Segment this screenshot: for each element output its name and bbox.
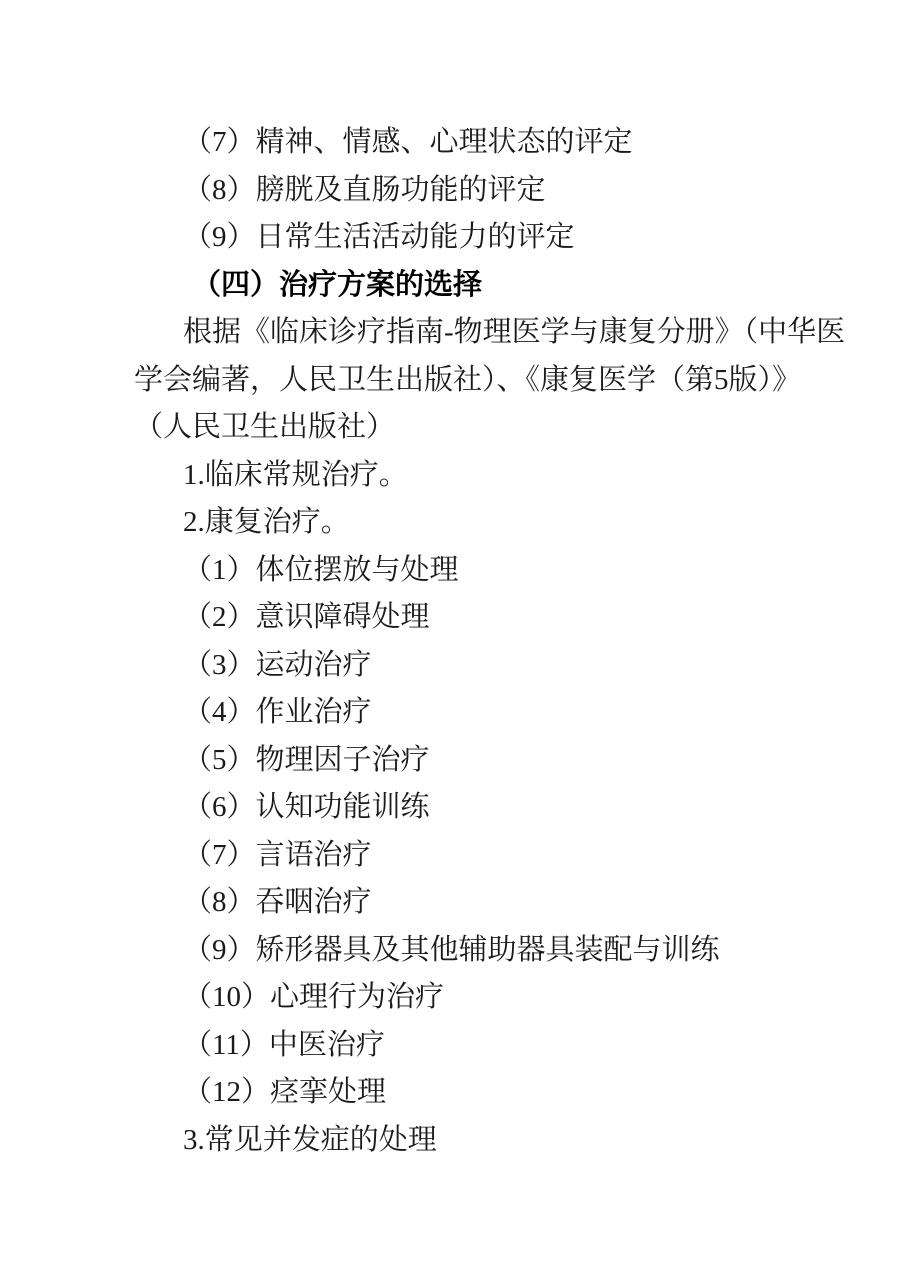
doc-line: （11）中医治疗 [134, 1022, 905, 1070]
doc-line: （8）吞咽治疗 [134, 879, 905, 927]
doc-line: 2.康复治疗。 [134, 499, 905, 547]
doc-line: （2）意识障碍处理 [134, 594, 905, 642]
doc-line: （8）膀胱及直肠功能的评定 [134, 167, 905, 215]
document-content: （7）精神、情感、心理状态的评定 （8）膀胱及直肠功能的评定 （9）日常生活活动… [134, 119, 905, 1164]
doc-line: （4）作业治疗 [134, 689, 905, 737]
document-page: （7）精神、情感、心理状态的评定 （8）膀胱及直肠功能的评定 （9）日常生活活动… [0, 0, 905, 1280]
doc-line: （7）言语治疗 [134, 832, 905, 880]
section-heading: （四）治疗方案的选择 [134, 262, 905, 310]
doc-line: （7）精神、情感、心理状态的评定 [134, 119, 905, 167]
doc-line: （3）运动治疗 [134, 642, 905, 690]
doc-line: 学会编著，人民卫生出版社）、《康复医学（第5版）》 [134, 357, 905, 405]
doc-line: （12）痉挛处理 [134, 1069, 905, 1117]
doc-line: （5）物理因子治疗 [134, 737, 905, 785]
doc-line: （9）日常生活活动能力的评定 [134, 214, 905, 262]
doc-line: 根据《临床诊疗指南-物理医学与康复分册》（中华医 [134, 309, 905, 357]
doc-line: （人民卫生出版社） [134, 404, 905, 452]
doc-line: （9）矫形器具及其他辅助器具装配与训练 [134, 927, 905, 975]
doc-line: （10）心理行为治疗 [134, 974, 905, 1022]
doc-line: （6）认知功能训练 [134, 784, 905, 832]
doc-line: 3.常见并发症的处理 [134, 1117, 905, 1165]
doc-line: （1）体位摆放与处理 [134, 547, 905, 595]
doc-line: 1.临床常规治疗。 [134, 452, 905, 500]
